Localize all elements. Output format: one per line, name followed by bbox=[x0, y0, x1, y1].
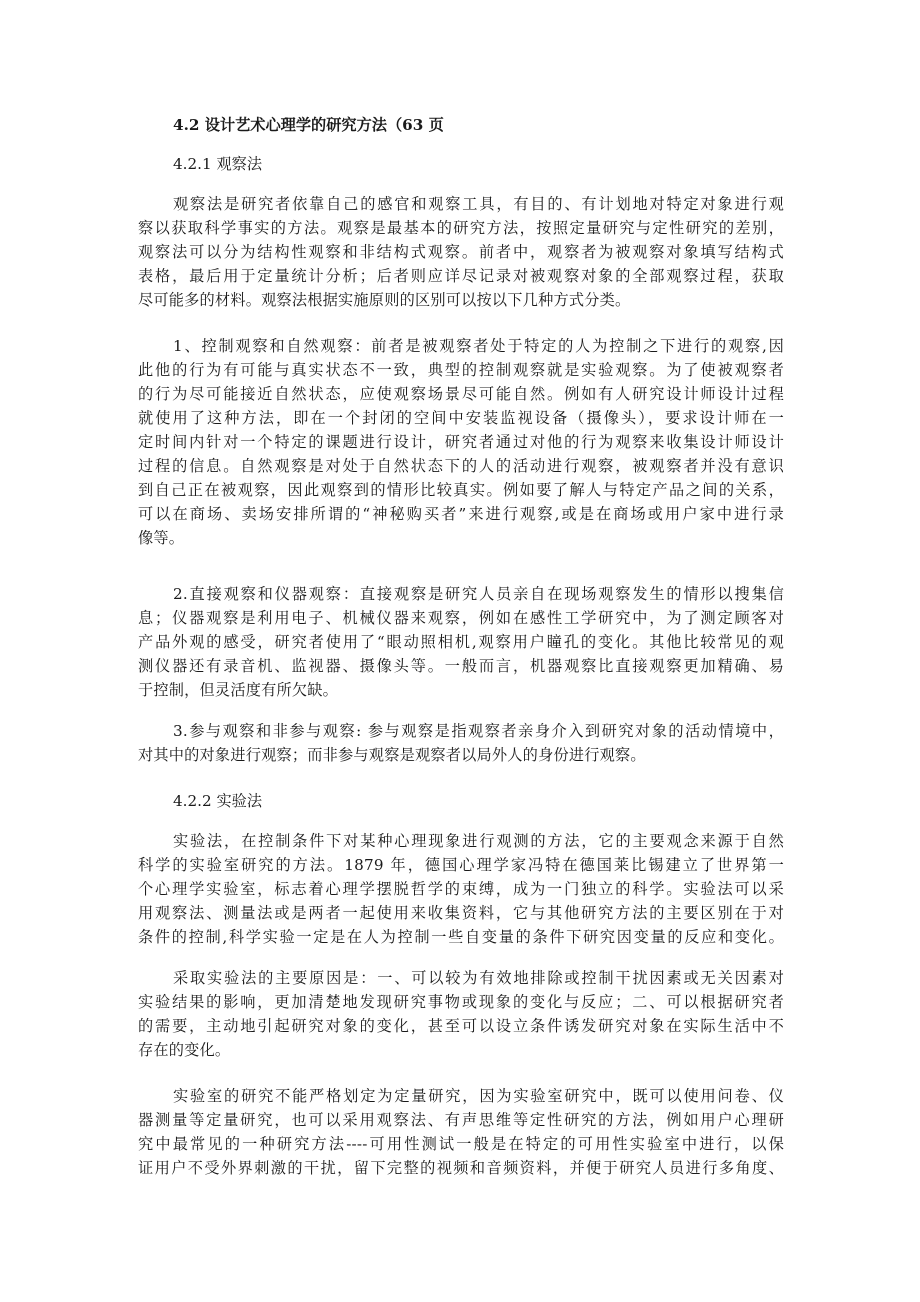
paragraph-experiment-intro: 实验法，在控制条件下对某种心理现象进行观测的方法，它的主要观念来源于自然 科学的… bbox=[138, 829, 784, 949]
paragraph-line: 采取实验法的主要原因是：一、可以较为有效地排除或控制干扰因素或无关因素对 bbox=[138, 966, 784, 990]
paragraph-participant-observation: 3.参与观察和非参与观察: 参与观察是指观察者亲身介入到研究对象的活动情境中， … bbox=[138, 719, 784, 767]
paragraph-line: 此他的行为有可能与真实状态不一致，典型的控制观察就是实验观察。为了使被观察者 bbox=[138, 358, 784, 382]
paragraph-line: 定时间内针对一个特定的课题进行设计，研究者通过对他的行为观察来收集设计师设计 bbox=[138, 430, 784, 454]
paragraph-line: 产品外观的感受，研究者使用了“眼动照相机,观察用户瞳孔的变化。其他比较常见的观 bbox=[138, 630, 784, 654]
paragraph-line: 对其中的对象进行观察；而非参与观察是观察者以局外人的身份进行观察。 bbox=[138, 743, 784, 767]
paragraph-line: 实验法，在控制条件下对某种心理现象进行观测的方法，它的主要观念来源于自然 bbox=[138, 829, 784, 853]
paragraph-line: 的行为尽可能接近自然状态，应使观察场景尽可能自然。例如有人研究设计师设计过程 bbox=[138, 382, 784, 406]
paragraph-line: 可以在商场、卖场安排所谓的“神秘购买者”来进行观察,或是在商场或用户家中进行录 bbox=[138, 502, 784, 526]
paragraph-line: 科学的实验室研究的方法。1879 年，德国心理学家冯特在德国莱比锡建立了世界第一 bbox=[138, 853, 784, 877]
paragraph-observation-intro: 观察法是研究者依靠自己的感官和观察工具，有目的、有计划地对特定对象进行观 察以获… bbox=[138, 192, 784, 312]
subsection-title-observation: 4.2.1 观察法 bbox=[173, 152, 262, 176]
paragraph-line: 表格，最后用于定量统计分析；后者则应详尽记录对被观察对象的全部观察过程，获取 bbox=[138, 264, 784, 288]
paragraph-line: 用观察法、测量法或是两者一起使用来收集资料，它与其他研究方法的主要区别在于对 bbox=[138, 901, 784, 925]
paragraph-line: 像等。 bbox=[138, 526, 784, 550]
section-title: 4.2 设计艺术心理学的研究方法（63 页 bbox=[173, 113, 444, 137]
paragraph-line: 观察法是研究者依靠自己的感官和观察工具，有目的、有计划地对特定对象进行观 bbox=[138, 192, 784, 216]
paragraph-experiment-reasons: 采取实验法的主要原因是：一、可以较为有效地排除或控制干扰因素或无关因素对 实验结… bbox=[138, 966, 784, 1062]
paragraph-line: 存在的变化。 bbox=[138, 1038, 784, 1062]
paragraph-line: 的需要，主动地引起研究对象的变化，甚至可以设立条件诱发研究对象在实际生活中不 bbox=[138, 1014, 784, 1038]
paragraph-line: 实验结果的影响，更加清楚地发现研究事物或现象的变化与反应；二、可以根据研究者 bbox=[138, 990, 784, 1014]
paragraph-direct-instrument-observation: 2.直接观察和仪器观察：直接观察是研究人员亲自在现场观察发生的情形以搜集信 息；… bbox=[138, 582, 784, 702]
paragraph-line: 到自己正在被观察，因此观察到的情形比较真实。例如要了解人与特定产品之间的关系， bbox=[138, 478, 784, 502]
paragraph-line: 2.直接观察和仪器观察：直接观察是研究人员亲自在现场观察发生的情形以搜集信 bbox=[138, 582, 784, 606]
paragraph-line: 1、控制观察和自然观察：前者是被观察者处于特定的人为控制之下进行的观察,因 bbox=[138, 334, 784, 358]
paragraph-line: 究中最常见的一种研究方法----可用性测试一般是在特定的可用性实验室中进行，以保 bbox=[138, 1132, 784, 1156]
paragraph-line: 证用户不受外界刺激的干扰，留下完整的视频和音频资料，并便于研究人员进行多角度、 bbox=[138, 1156, 784, 1180]
paragraph-line: 器测量等定量研究，也可以采用观察法、有声思维等定性研究的方法，例如用户心理研 bbox=[138, 1108, 784, 1132]
paragraph-line: 过程的信息。自然观察是对处于自然状态下的人的活动进行观察，被观察者并没有意识 bbox=[138, 454, 784, 478]
paragraph-line: 于控制，但灵活度有所欠缺。 bbox=[138, 678, 784, 702]
paragraph-line: 察以获取科学事实的方法。观察是最基本的研究方法，按照定量研究与定性研究的差别， bbox=[138, 216, 784, 240]
paragraph-line: 实验室的研究不能严格划定为定量研究，因为实验室研究中，既可以使用问卷、仪 bbox=[138, 1084, 784, 1108]
paragraph-line: 个心理学实验室，标志着心理学摆脱哲学的束缚，成为一门独立的科学。实验法可以采 bbox=[138, 877, 784, 901]
paragraph-line: 就使用了这种方法，即在一个封闭的空间中安装监视设备（摄像头），要求设计师在一 bbox=[138, 406, 784, 430]
paragraph-line: 观察法可以分为结构性观察和非结构式观察。前者中，观察者为被观察对象填写结构式 bbox=[138, 240, 784, 264]
paragraph-line: 息；仪器观察是利用电子、机械仪器来观察，例如在感性工学研究中，为了测定顾客对 bbox=[138, 606, 784, 630]
paragraph-line: 条件的控制,科学实验一定是在人为控制一些自变量的条件下研究因变量的反应和变化。 bbox=[138, 925, 784, 949]
document-page: 4.2 设计艺术心理学的研究方法（63 页 4.2.1 观察法 观察法是研究者依… bbox=[0, 0, 920, 1302]
paragraph-laboratory-research: 实验室的研究不能严格划定为定量研究，因为实验室研究中，既可以使用问卷、仪 器测量… bbox=[138, 1084, 784, 1180]
paragraph-line: 3.参与观察和非参与观察: 参与观察是指观察者亲身介入到研究对象的活动情境中， bbox=[138, 719, 784, 743]
paragraph-line: 尽可能多的材料。观察法根据实施原则的区别可以按以下几种方式分类。 bbox=[138, 288, 784, 312]
paragraph-line: 测仪器还有录音机、监视器、摄像头等。一般而言，机器观察比直接观察更加精确、易 bbox=[138, 654, 784, 678]
paragraph-controlled-natural-observation: 1、控制观察和自然观察：前者是被观察者处于特定的人为控制之下进行的观察,因 此他… bbox=[138, 334, 784, 550]
subsection-title-experiment: 4.2.2 实验法 bbox=[173, 789, 262, 813]
